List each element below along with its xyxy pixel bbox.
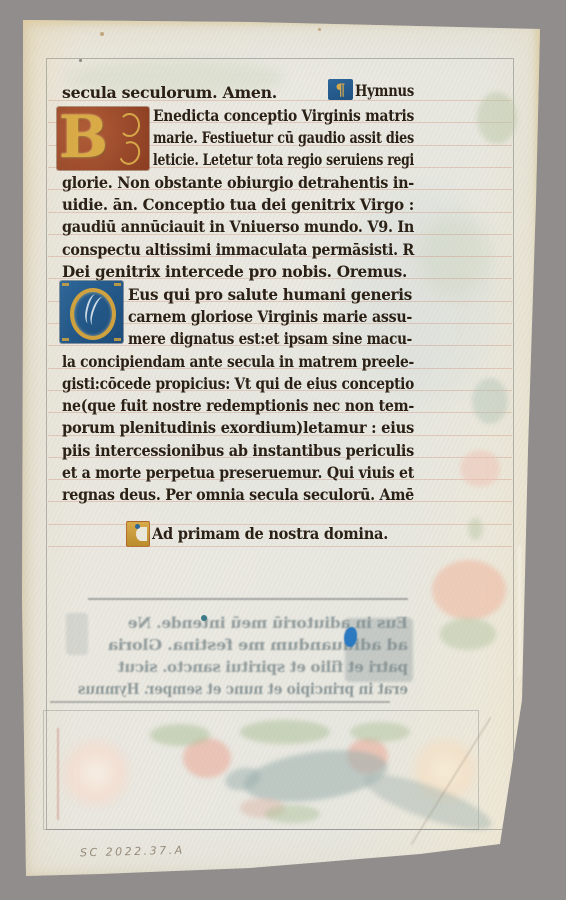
manuscript-leaf: secula seculorum. Amen. ¶ Hymnus B Enedi…: [20, 16, 546, 882]
leaf-edge-vignette: [20, 16, 546, 882]
leaf-edge-right: [532, 16, 546, 882]
leaf-edge-top: [20, 16, 546, 28]
photo-background: secula seculorum. Amen. ¶ Hymnus B Enedi…: [0, 0, 566, 900]
